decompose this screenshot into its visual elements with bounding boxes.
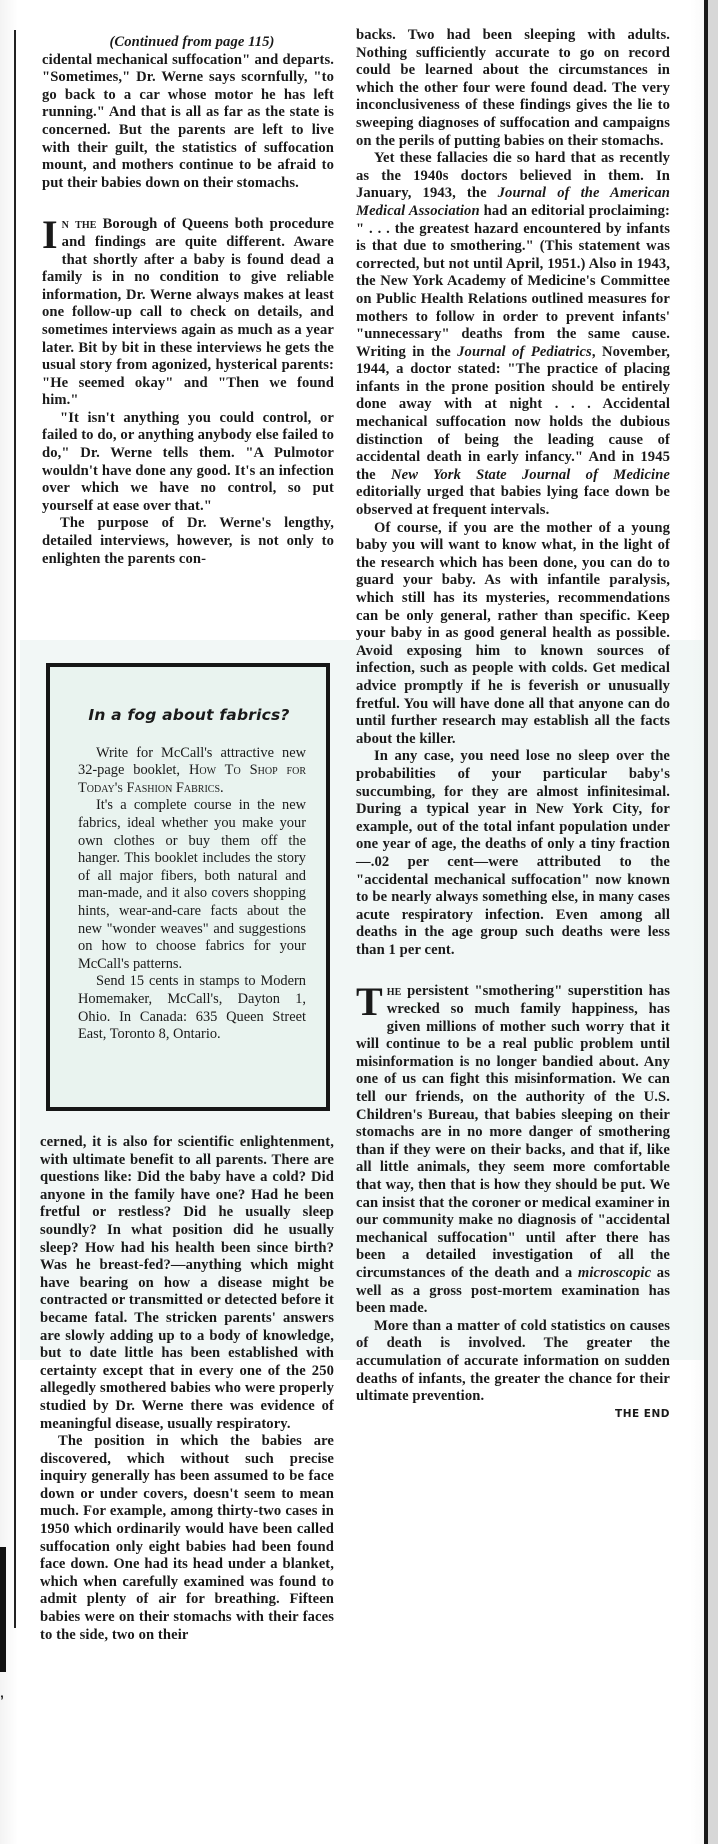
- left-paragraph-3: "It isn't anything you could control, or…: [42, 410, 334, 516]
- box-paragraph-1: Write for McCall's attractive new 32-pag…: [78, 745, 306, 798]
- right-page-shade: [708, 0, 718, 1844]
- left-edge-mark: ’: [0, 1692, 4, 1708]
- dropcap-i: I: [42, 218, 58, 252]
- left-column-rule: [14, 30, 16, 1628]
- rp2-b: had an editorial proclaiming: " . . . th…: [356, 203, 670, 360]
- left-paragraph-6: The position in which the babies are dis…: [40, 1433, 334, 1644]
- left-paragraph-4: The purpose of Dr. Werne's lengthy, deta…: [42, 515, 334, 568]
- dropcap-lead-t: he: [387, 983, 402, 999]
- dropcap-lead: n the: [62, 216, 97, 232]
- rp2-d: editorially urged that babies lying face…: [356, 484, 670, 518]
- magazine-page: ’ (Continued from page 115) cidental mec…: [0, 0, 718, 1844]
- left-paragraph-1: cidental mechanical suffocation" and dep…: [42, 52, 334, 193]
- rp2-c: , November, 1944, a doctor stated: "The …: [356, 344, 670, 483]
- box-paragraph-3: Send 15 cents in stamps to Modern Homema…: [78, 973, 306, 1043]
- nysj-title: New York State Journal of Medicine: [391, 467, 670, 483]
- microscopic-word: microscopic: [578, 1265, 651, 1281]
- continuation-note: (Continued from page 115): [42, 34, 334, 52]
- left-paragraph-5: cerned, it is also for scientific enligh…: [40, 1134, 334, 1433]
- right-paragraph-5: The persistent "smothering" superstition…: [356, 983, 670, 1317]
- dropcap-t: T: [356, 985, 383, 1019]
- right-column: backs. Two had been sleeping with adults…: [356, 27, 670, 1423]
- right-paragraph-2: Yet these fallacies die so hard that as …: [356, 150, 670, 519]
- right-paragraph-1: backs. Two had been sleeping with adults…: [356, 27, 670, 150]
- left-column-bottom: cerned, it is also for scientific enligh…: [40, 1134, 334, 1644]
- left-edge-bar: [0, 1547, 6, 1672]
- left-column-top: (Continued from page 115) cidental mecha…: [42, 34, 334, 568]
- left-paragraph-2-text: Borough of Queens both procedure and fin…: [42, 216, 334, 408]
- the-end-mark: THE END: [615, 1406, 670, 1424]
- right-paragraph-6: More than a matter of cold statistics on…: [356, 1318, 670, 1406]
- fabric-booklet-box: In a fog about fabrics? Write for McCall…: [46, 663, 330, 1111]
- pediatrics-title: Journal of Pediatrics: [457, 344, 592, 360]
- left-paragraph-2: In the Borough of Queens both procedure …: [42, 216, 334, 410]
- right-paragraph-4: In any case, you need lose no sleep over…: [356, 748, 670, 959]
- box-p1-post: .: [220, 780, 224, 796]
- box-title: In a fog about fabrics?: [72, 707, 306, 725]
- right-paragraph-3: Of course, if you are the mother of a yo…: [356, 520, 670, 749]
- rp5-text: persistent "smothering" superstition has…: [356, 983, 670, 1281]
- box-paragraph-2: It's a complete course in the new fabric…: [78, 797, 306, 973]
